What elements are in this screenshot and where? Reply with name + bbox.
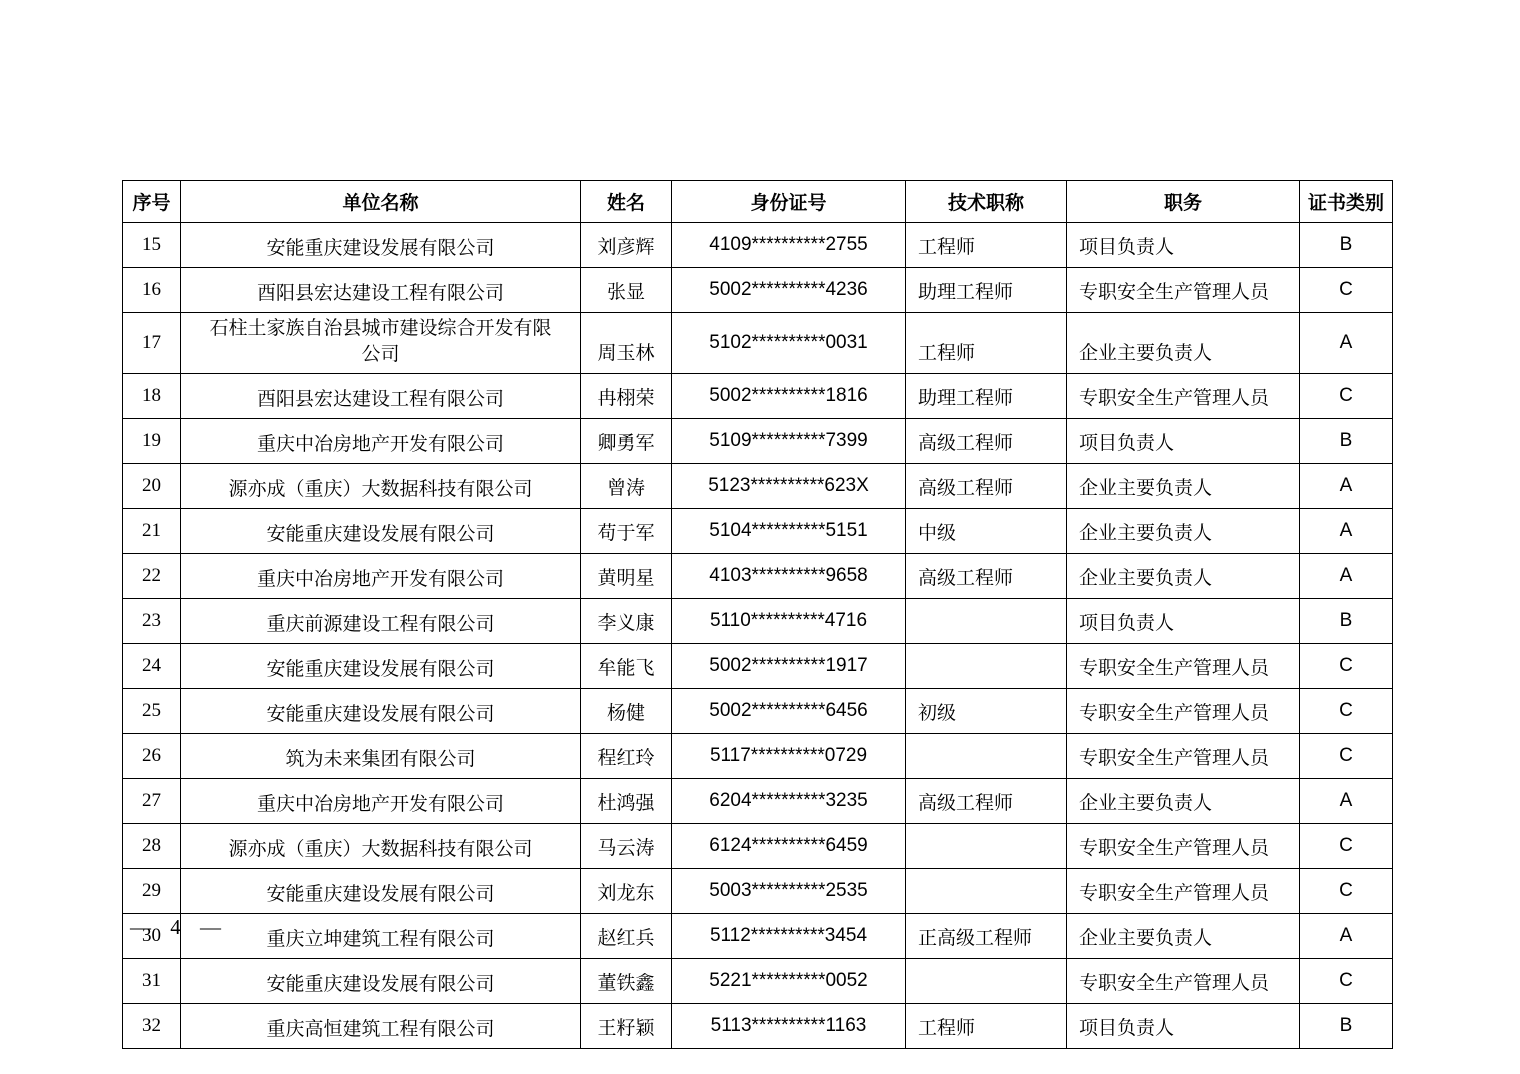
cell-id-number: 5109**********7399 [672, 419, 906, 464]
cell-id-number: 5002**********1816 [672, 374, 906, 419]
cell-person-name: 冉栩荣 [581, 374, 672, 419]
cell-id-number: 5002**********6456 [672, 689, 906, 734]
cell-id-number: 4103**********9658 [672, 554, 906, 599]
cell-row-number: 29 [123, 869, 181, 914]
table-row: 26 筑为未来集团有限公司 程红玲 5117**********0729 专职安… [123, 734, 1393, 779]
table-row: 20 源亦成（重庆）大数据科技有限公司 曾涛 5123**********623… [123, 464, 1393, 509]
cell-certificate-type: C [1300, 869, 1393, 914]
cell-technical-title: 中级 [906, 509, 1067, 554]
cell-company-name: 酉阳县宏达建设工程有限公司 [181, 268, 581, 313]
cell-id-number: 4109**********2755 [672, 223, 906, 268]
cell-company-name: 安能重庆建设发展有限公司 [181, 869, 581, 914]
cell-position: 专职安全生产管理人员 [1067, 374, 1300, 419]
table-row: 19 重庆中冶房地产开发有限公司 卿勇军 5109**********7399 … [123, 419, 1393, 464]
table-row: 25 安能重庆建设发展有限公司 杨健 5002**********6456 初级… [123, 689, 1393, 734]
cell-technical-title: 高级工程师 [906, 779, 1067, 824]
cell-id-number: 5112**********3454 [672, 914, 906, 959]
cell-technical-title [906, 959, 1067, 1004]
cell-person-name: 杜鸿强 [581, 779, 672, 824]
cell-company-name: 重庆中冶房地产开发有限公司 [181, 554, 581, 599]
cell-company-name: 安能重庆建设发展有限公司 [181, 644, 581, 689]
cell-id-number: 5123**********623X [672, 464, 906, 509]
cell-row-number: 31 [123, 959, 181, 1004]
cell-position: 项目负责人 [1067, 419, 1300, 464]
table-row: 28 源亦成（重庆）大数据科技有限公司 马云涛 6124**********64… [123, 824, 1393, 869]
cell-certificate-type: B [1300, 223, 1393, 268]
column-header-name: 姓名 [581, 181, 672, 223]
cell-position: 企业主要负责人 [1067, 313, 1300, 374]
cell-row-number: 19 [123, 419, 181, 464]
cell-position: 企业主要负责人 [1067, 914, 1300, 959]
cell-position: 专职安全生产管理人员 [1067, 824, 1300, 869]
column-header-company: 单位名称 [181, 181, 581, 223]
table-row: 18 酉阳县宏达建设工程有限公司 冉栩荣 5002**********1816 … [123, 374, 1393, 419]
cell-company-name: 重庆前源建设工程有限公司 [181, 599, 581, 644]
cell-id-number: 5002**********1917 [672, 644, 906, 689]
cell-position: 项目负责人 [1067, 1004, 1300, 1049]
cell-company-name: 安能重庆建设发展有限公司 [181, 959, 581, 1004]
cell-company-name: 筑为未来集团有限公司 [181, 734, 581, 779]
cell-technical-title: 工程师 [906, 223, 1067, 268]
cell-company-name: 重庆高恒建筑工程有限公司 [181, 1004, 581, 1049]
table-row: 27 重庆中冶房地产开发有限公司 杜鸿强 6204**********3235 … [123, 779, 1393, 824]
cell-id-number: 5117**********0729 [672, 734, 906, 779]
cell-person-name: 刘龙东 [581, 869, 672, 914]
cell-technical-title [906, 644, 1067, 689]
cell-company-name: 重庆中冶房地产开发有限公司 [181, 419, 581, 464]
cell-certificate-type: A [1300, 509, 1393, 554]
cell-person-name: 马云涛 [581, 824, 672, 869]
cell-person-name: 张显 [581, 268, 672, 313]
cell-row-number: 16 [123, 268, 181, 313]
cell-person-name: 卿勇军 [581, 419, 672, 464]
cell-row-number: 22 [123, 554, 181, 599]
cell-technical-title [906, 824, 1067, 869]
cell-row-number: 21 [123, 509, 181, 554]
cell-id-number: 5221**********0052 [672, 959, 906, 1004]
cell-person-name: 曾涛 [581, 464, 672, 509]
cell-certificate-type: A [1300, 914, 1393, 959]
cell-company-name: 重庆立坤建筑工程有限公司 [181, 914, 581, 959]
cell-certificate-type: B [1300, 599, 1393, 644]
cell-position: 项目负责人 [1067, 223, 1300, 268]
column-header-position: 职务 [1067, 181, 1300, 223]
cell-row-number: 27 [123, 779, 181, 824]
cell-person-name: 苟于军 [581, 509, 672, 554]
cell-person-name: 李义康 [581, 599, 672, 644]
column-header-title: 技术职称 [906, 181, 1067, 223]
cell-certificate-type: C [1300, 824, 1393, 869]
column-header-cert: 证书类别 [1300, 181, 1393, 223]
cell-certificate-type: C [1300, 268, 1393, 313]
cell-company-name: 安能重庆建设发展有限公司 [181, 689, 581, 734]
table-row: 24 安能重庆建设发展有限公司 牟能飞 5002**********1917 专… [123, 644, 1393, 689]
cell-person-name: 赵红兵 [581, 914, 672, 959]
cell-id-number: 5104**********5151 [672, 509, 906, 554]
cell-row-number: 32 [123, 1004, 181, 1049]
cell-certificate-type: C [1300, 374, 1393, 419]
cell-position: 专职安全生产管理人员 [1067, 959, 1300, 1004]
cell-company-name: 安能重庆建设发展有限公司 [181, 223, 581, 268]
cell-technical-title: 正高级工程师 [906, 914, 1067, 959]
cell-position: 专职安全生产管理人员 [1067, 268, 1300, 313]
cell-row-number: 25 [123, 689, 181, 734]
cell-row-number: 24 [123, 644, 181, 689]
column-header-id: 身份证号 [672, 181, 906, 223]
cell-row-number: 23 [123, 599, 181, 644]
cell-id-number: 6124**********6459 [672, 824, 906, 869]
cell-row-number: 26 [123, 734, 181, 779]
cell-certificate-type: C [1300, 689, 1393, 734]
cell-id-number: 5113**********1163 [672, 1004, 906, 1049]
cell-id-number: 5002**********4236 [672, 268, 906, 313]
column-header-no: 序号 [123, 181, 181, 223]
cell-certificate-type: C [1300, 734, 1393, 779]
table-row: 15 安能重庆建设发展有限公司 刘彦辉 4109**********2755 工… [123, 223, 1393, 268]
cell-person-name: 程红玲 [581, 734, 672, 779]
table-row: 30 重庆立坤建筑工程有限公司 赵红兵 5112**********3454 正… [123, 914, 1393, 959]
cell-technical-title: 工程师 [906, 1004, 1067, 1049]
cell-certificate-type: A [1300, 464, 1393, 509]
table-row: 21 安能重庆建设发展有限公司 苟于军 5104**********5151 中… [123, 509, 1393, 554]
cell-company-name: 重庆中冶房地产开发有限公司 [181, 779, 581, 824]
cell-certificate-type: B [1300, 1004, 1393, 1049]
cell-company-name: 源亦成（重庆）大数据科技有限公司 [181, 464, 581, 509]
cell-position: 企业主要负责人 [1067, 464, 1300, 509]
table-row: 17 石柱土家族自治县城市建设综合开发有限公司 周玉林 5102********… [123, 313, 1393, 374]
certificates-table: 序号 单位名称 姓名 身份证号 技术职称 职务 证书类别 15 安能重庆建设发展… [122, 180, 1393, 1049]
cell-person-name: 刘彦辉 [581, 223, 672, 268]
cell-row-number: 20 [123, 464, 181, 509]
cell-technical-title [906, 869, 1067, 914]
cell-company-name: 石柱土家族自治县城市建设综合开发有限公司 [181, 313, 581, 374]
cell-person-name: 董铁鑫 [581, 959, 672, 1004]
cell-technical-title: 助理工程师 [906, 374, 1067, 419]
cell-technical-title [906, 599, 1067, 644]
cell-row-number: 17 [123, 313, 181, 374]
table-row: 22 重庆中冶房地产开发有限公司 黄明星 4103**********9658 … [123, 554, 1393, 599]
document-page: 序号 单位名称 姓名 身份证号 技术职称 职务 证书类别 15 安能重庆建设发展… [0, 0, 1520, 1074]
table-row: 31 安能重庆建设发展有限公司 董铁鑫 5221**********0052 专… [123, 959, 1393, 1004]
cell-position: 企业主要负责人 [1067, 509, 1300, 554]
cell-id-number: 6204**********3235 [672, 779, 906, 824]
table-row: 23 重庆前源建设工程有限公司 李义康 5110**********4716 项… [123, 599, 1393, 644]
table-row: 16 酉阳县宏达建设工程有限公司 张显 5002**********4236 助… [123, 268, 1393, 313]
cell-technical-title: 高级工程师 [906, 464, 1067, 509]
cell-position: 专职安全生产管理人员 [1067, 644, 1300, 689]
cell-position: 专职安全生产管理人员 [1067, 734, 1300, 779]
cell-position: 项目负责人 [1067, 599, 1300, 644]
cell-row-number: 18 [123, 374, 181, 419]
cell-technical-title: 工程师 [906, 313, 1067, 374]
cell-person-name: 黄明星 [581, 554, 672, 599]
cell-person-name: 牟能飞 [581, 644, 672, 689]
cell-certificate-type: C [1300, 959, 1393, 1004]
cell-position: 企业主要负责人 [1067, 554, 1300, 599]
cell-company-name: 安能重庆建设发展有限公司 [181, 509, 581, 554]
cell-position: 专职安全生产管理人员 [1067, 689, 1300, 734]
cell-company-name: 源亦成（重庆）大数据科技有限公司 [181, 824, 581, 869]
page-number: — 4 — [130, 915, 228, 940]
cell-technical-title: 高级工程师 [906, 554, 1067, 599]
cell-id-number: 5003**********2535 [672, 869, 906, 914]
cell-person-name: 杨健 [581, 689, 672, 734]
cell-person-name: 周玉林 [581, 313, 672, 374]
cell-company-name: 酉阳县宏达建设工程有限公司 [181, 374, 581, 419]
cell-id-number: 5102**********0031 [672, 313, 906, 374]
cell-row-number: 28 [123, 824, 181, 869]
cell-technical-title: 高级工程师 [906, 419, 1067, 464]
cell-certificate-type: A [1300, 779, 1393, 824]
cell-position: 企业主要负责人 [1067, 779, 1300, 824]
table-header: 序号 单位名称 姓名 身份证号 技术职称 职务 证书类别 [123, 181, 1393, 223]
cell-technical-title: 助理工程师 [906, 268, 1067, 313]
table-row: 29 安能重庆建设发展有限公司 刘龙东 5003**********2535 专… [123, 869, 1393, 914]
cell-id-number: 5110**********4716 [672, 599, 906, 644]
cell-person-name: 王籽颖 [581, 1004, 672, 1049]
header-row: 序号 单位名称 姓名 身份证号 技术职称 职务 证书类别 [123, 181, 1393, 223]
cell-certificate-type: A [1300, 554, 1393, 599]
table-body: 15 安能重庆建设发展有限公司 刘彦辉 4109**********2755 工… [123, 223, 1393, 1049]
cell-row-number: 15 [123, 223, 181, 268]
cell-position: 专职安全生产管理人员 [1067, 869, 1300, 914]
cell-technical-title: 初级 [906, 689, 1067, 734]
cell-certificate-type: A [1300, 313, 1393, 374]
cell-technical-title [906, 734, 1067, 779]
table-row: 32 重庆高恒建筑工程有限公司 王籽颖 5113**********1163 工… [123, 1004, 1393, 1049]
cell-certificate-type: C [1300, 644, 1393, 689]
cell-certificate-type: B [1300, 419, 1393, 464]
